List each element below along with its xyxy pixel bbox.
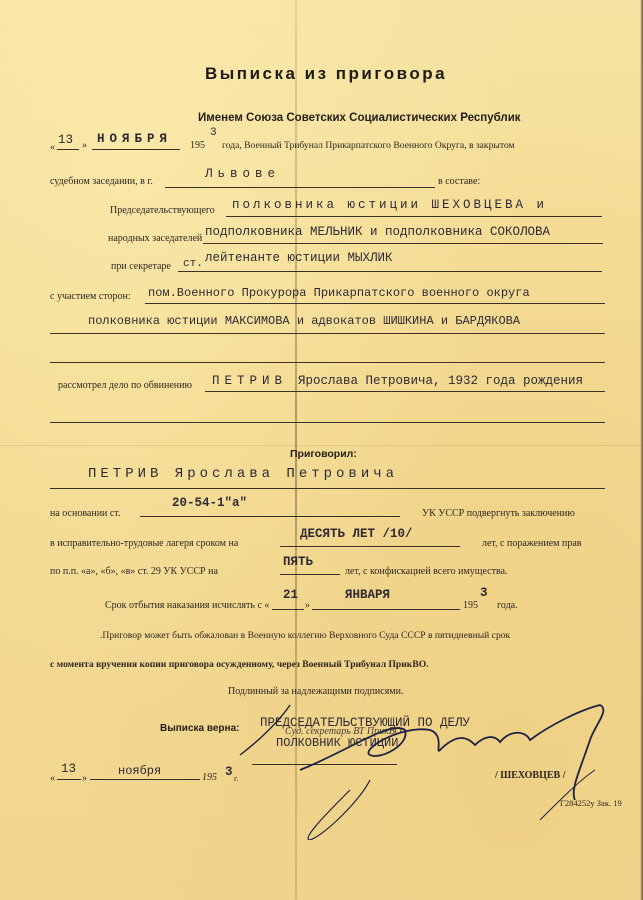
- footer-day: 13: [61, 762, 76, 776]
- presiding-label: Председательствующего: [110, 205, 215, 216]
- assessors-value: подполковника МЕЛЬНИК и подполковника СО…: [205, 225, 550, 239]
- term-start-year-suffix: 3: [480, 586, 488, 600]
- underline: [205, 391, 605, 392]
- term-value: ДЕСЯТЬ ЛЕТ /10/: [300, 527, 413, 541]
- term-start-month: ЯНВАРЯ: [345, 588, 390, 602]
- presiding-value: полковника юстиции ШЕХОВЦЕВА и: [232, 198, 547, 212]
- underline: [312, 609, 460, 610]
- session-label: судебном заседании, в г.: [50, 176, 153, 187]
- secretary-value: лейтенанте юстиции МЫХЛИК: [205, 251, 393, 265]
- parties-line2: полковника юстиции МАКСИМОВА и адвокатов…: [88, 314, 520, 328]
- document-title: Выписка из приговора: [205, 64, 447, 84]
- session-city: Львове: [205, 167, 280, 181]
- appeal-line1: .Приговор может быть обжалован в Военную…: [100, 630, 510, 641]
- footer-date-close-quote: »: [82, 773, 87, 784]
- term-start-label: Срок отбытия наказания исчислять с «: [105, 600, 269, 611]
- underline: [178, 271, 602, 272]
- underline: [57, 149, 79, 150]
- sentence-day: 13: [58, 133, 73, 147]
- verdict-defendant: ПЕТРИВ Ярослава Петровича: [88, 466, 398, 482]
- case-value: Ярослава Петровича, 1932 года рождения: [298, 374, 583, 388]
- print-code: Г284252у Зак. 19: [560, 798, 622, 808]
- underline: [272, 609, 304, 610]
- case-surname: ПЕТРИВ: [212, 374, 287, 388]
- underline: [92, 149, 180, 150]
- term-start-suffix: года.: [497, 600, 518, 611]
- footer-year-suffix: 3: [225, 765, 233, 779]
- appeal-line2: с момента вручения копии приговора осужд…: [50, 659, 429, 670]
- underline: [57, 779, 81, 780]
- rights-suffix: лет, с конфискацией всего имущества.: [345, 566, 508, 577]
- session-suffix: в составе:: [438, 176, 480, 187]
- tribunal-text: года, Военный Трибунал Прикарпатского Во…: [222, 140, 515, 151]
- term-suffix: лет, с поражением прав: [482, 538, 581, 549]
- term-start-close-quote: »: [305, 600, 310, 611]
- underline: [50, 422, 605, 423]
- case-label: рассмотрел дело по обвинению: [58, 380, 192, 391]
- footer-date-open-quote: «: [50, 773, 55, 784]
- underline: [145, 303, 605, 304]
- parties-line1: пом.Военного Прокурора Прикарпатского во…: [148, 286, 530, 300]
- underline: [226, 216, 602, 217]
- term-start-day: 21: [283, 588, 298, 602]
- article-suffix: УК УССР подвергнуть заключению: [422, 508, 575, 519]
- authentic-note: Подлинный за надлежащими подписями.: [228, 686, 403, 697]
- rights-label: по п.п. «а», «б», «в» ст. 29 УК УССР на: [50, 566, 218, 577]
- date-open-quote: «: [50, 142, 55, 153]
- assessors-label: народных заседателей: [108, 233, 202, 244]
- verdict-heading: Приговорил:: [290, 448, 357, 460]
- footer-month: ноября: [118, 764, 161, 778]
- footer-year-abbr: г.: [234, 774, 238, 783]
- sentence-year-suffix: 3: [210, 127, 217, 139]
- fold-crease-horizontal: [0, 445, 643, 446]
- handwritten-signature: [230, 700, 630, 840]
- underline: [280, 574, 340, 575]
- underline: [50, 488, 605, 489]
- underline: [50, 362, 605, 363]
- underline: [203, 243, 603, 244]
- secretary-label: при секретаре: [111, 261, 171, 272]
- date-close-quote: »: [82, 140, 87, 151]
- footer-year-prefix: 195: [202, 772, 217, 783]
- underline: [140, 516, 400, 517]
- term-start-year-prefix: 195: [463, 600, 478, 611]
- article-label: на основании ст.: [50, 508, 120, 519]
- sentence-year-prefix: 195: [190, 140, 205, 151]
- rights-term: ПЯТЬ: [283, 555, 313, 569]
- parties-label: с участием сторон:: [50, 291, 131, 302]
- underline: [50, 333, 605, 334]
- term-label: в исправительно-трудовые лагеря сроком н…: [50, 538, 238, 549]
- certification-label: Выписка верна:: [160, 723, 239, 734]
- article-value: 20-54-1"а": [172, 496, 247, 510]
- secretary-prefix: ст.: [183, 258, 203, 270]
- document-subtitle: Именем Союза Советских Социалистических …: [198, 112, 521, 124]
- underline: [280, 546, 460, 547]
- underline: [165, 187, 435, 188]
- underline: [90, 779, 200, 780]
- document-page: Выписка из приговора Именем Союза Советс…: [0, 0, 643, 900]
- sentence-month: НОЯБРЯ: [97, 132, 172, 146]
